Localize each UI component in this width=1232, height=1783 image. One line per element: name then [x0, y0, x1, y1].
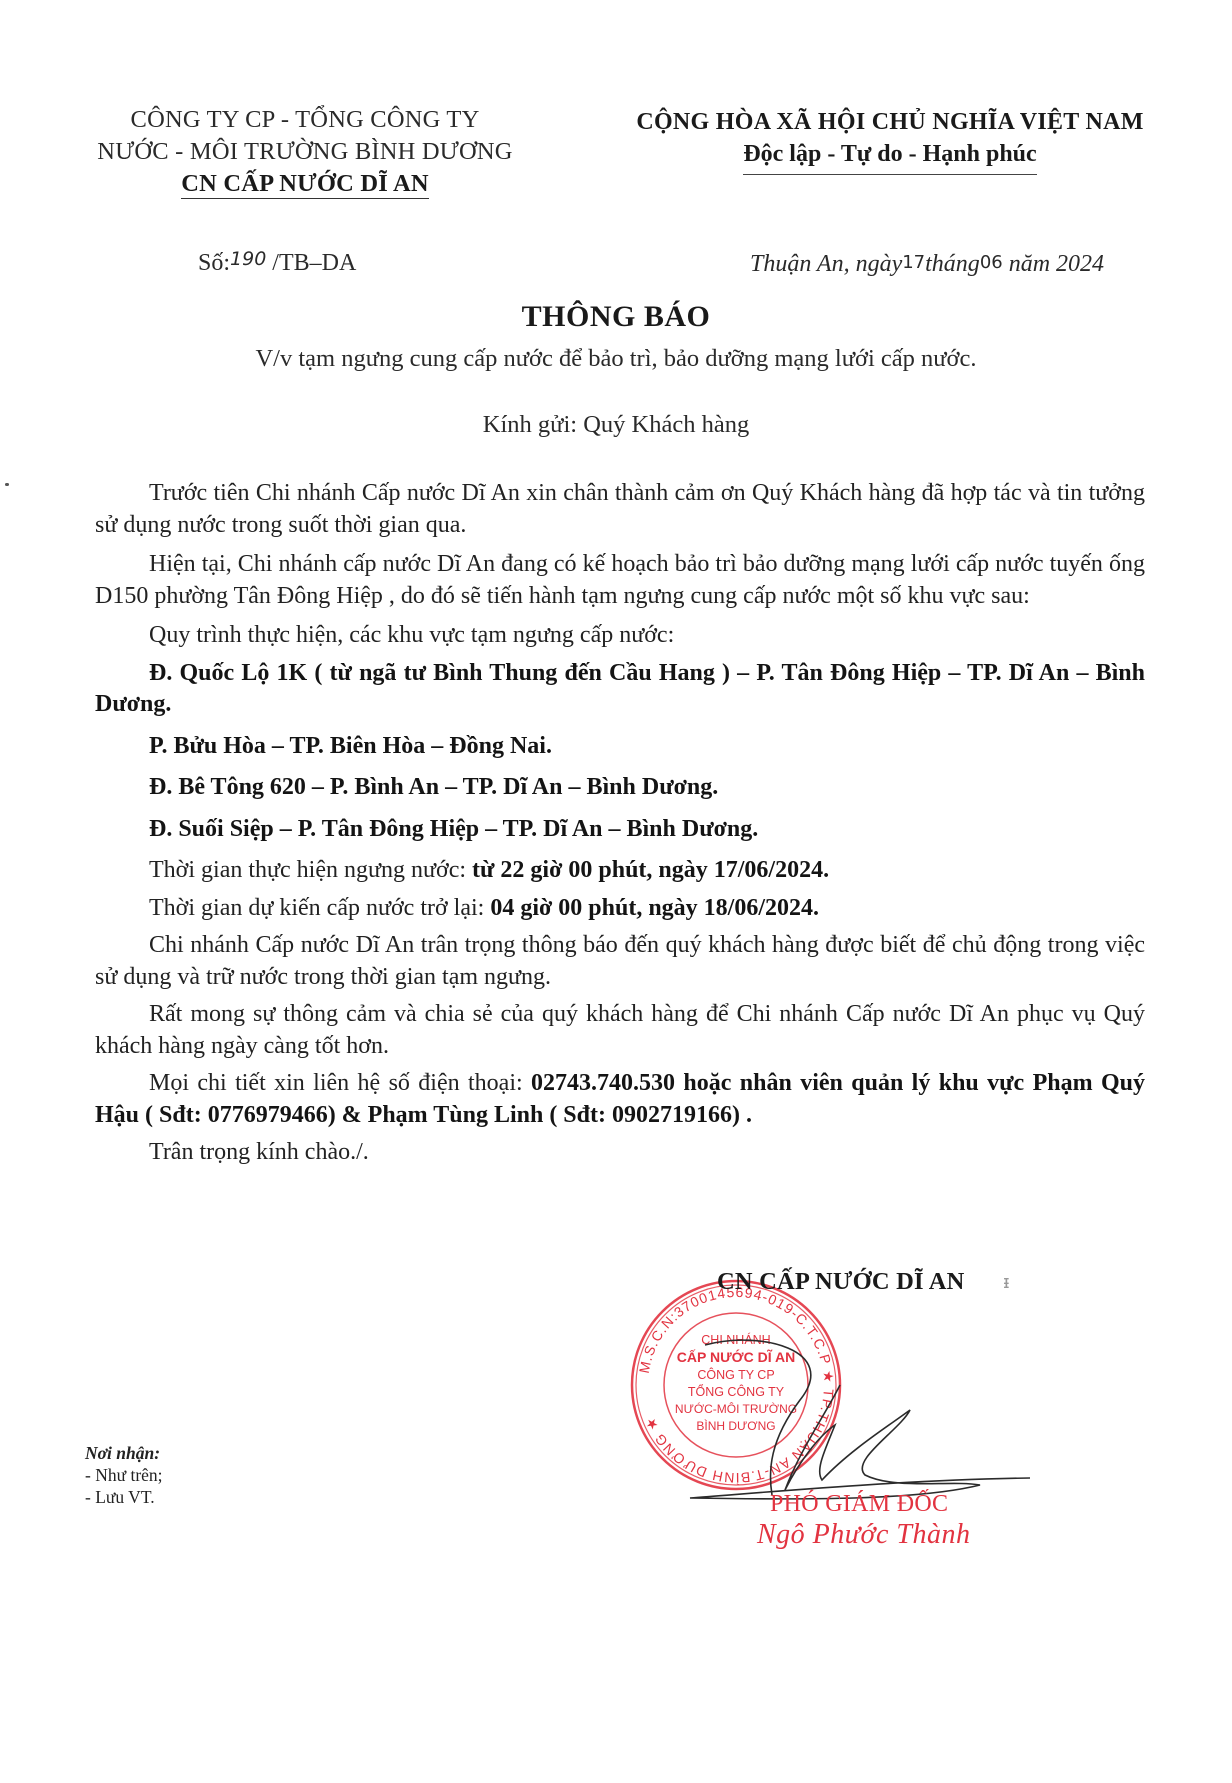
document-body: Trước tiên Chi nhánh Cấp nước Dĩ An xin … — [95, 478, 1145, 1177]
paragraph-apology: Rất mong sự thông cảm và chia sẻ của quý… — [95, 999, 1145, 1062]
area-item: P. Bửu Hòa – TP. Biên Hòa – Đồng Nai. — [95, 731, 1145, 763]
signer-name: Ngô Phước Thành — [757, 1519, 971, 1551]
place-date: Thuận An, ngày17tháng06 năm 2024 — [750, 251, 1104, 278]
area-item: Đ. Bê Tông 620 – P. Bình An – TP. Dĩ An … — [95, 772, 1145, 804]
resume-time-value: 04 giờ 00 phút, ngày 18/06/2024. — [490, 895, 819, 921]
national-motto: Độc lập - Tự do - Hạnh phúc — [743, 138, 1036, 175]
recipients-heading: Nơi nhận: — [85, 1442, 163, 1464]
document-subject: V/v tạm ngưng cung cấp nước để bảo trì, … — [0, 345, 1232, 373]
closing: Trân trọng kính chào./. — [95, 1137, 1145, 1169]
date-month-handwritten: 06 — [980, 252, 1003, 273]
recipient-item: - Như trên; — [85, 1464, 163, 1486]
stop-time-value: từ 22 giờ 00 phút, ngày 17/06/2024. — [472, 857, 829, 883]
place-date-prefix: Thuận An, ngày — [750, 251, 902, 277]
national-title: CỘNG HÒA XÃ HỘI CHỦ NGHĨA VIỆT NAM — [610, 106, 1170, 138]
scan-speck — [5, 483, 9, 486]
resume-time: Thời gian dự kiến cấp nước trở lại: 04 g… — [95, 893, 1145, 925]
national-header: CỘNG HÒA XÃ HỘI CHỦ NGHĨA VIỆT NAM Độc l… — [610, 106, 1170, 175]
issuer-header: CÔNG TY CP - TỔNG CÔNG TY NƯỚC - MÔI TRƯ… — [70, 104, 540, 200]
issuer-line-1: CÔNG TY CP - TỔNG CÔNG TY — [70, 104, 540, 136]
document-title: THÔNG BÁO — [0, 300, 1232, 334]
handwritten-signature-icon — [650, 1330, 1030, 1510]
contact-label: Mọi chi tiết xin liên hệ số điện thoại: — [149, 1070, 531, 1096]
document-number-suffix: /TB–DA — [266, 250, 356, 276]
contact-info: Mọi chi tiết xin liên hệ số điện thoại: … — [95, 1068, 1145, 1131]
areas-intro: Quy trình thực hiện, các khu vực tạm ngư… — [95, 620, 1145, 652]
recipient-item: - Lưu VT. — [85, 1486, 163, 1508]
document-number-prefix: Số: — [198, 250, 230, 276]
signer-role: PHÓ GIÁM ĐỐC — [770, 1491, 948, 1518]
area-item: Đ. Suối Siệp – P. Tân Đông Hiệp – TP. Dĩ… — [95, 814, 1145, 846]
paragraph-notice: Chi nhánh Cấp nước Dĩ An trân trọng thôn… — [95, 930, 1145, 993]
date-day-handwritten: 17 — [902, 252, 925, 273]
initial-mark-icon: ᵻ — [1003, 1272, 1010, 1293]
paragraph-plan: Hiện tại, Chi nhánh cấp nước Dĩ An đang … — [95, 549, 1145, 612]
document-number: Số:190 /TB–DA — [198, 250, 356, 277]
issuer-line-2: NƯỚC - MÔI TRƯỜNG BÌNH DƯƠNG — [70, 136, 540, 168]
stop-time-label: Thời gian thực hiện ngưng nước: — [149, 857, 472, 883]
month-label: tháng — [925, 251, 980, 277]
issuer-branch: CN CẤP NƯỚC DĨ AN — [181, 170, 429, 199]
date-year: năm 2024 — [1003, 251, 1104, 277]
greeting: Kính gửi: Quý Khách hàng — [0, 411, 1232, 439]
resume-time-label: Thời gian dự kiến cấp nước trở lại: — [149, 895, 490, 921]
signature-organization: CN CẤP NƯỚC DĨ AN — [717, 1268, 965, 1296]
area-item: Đ. Quốc Lộ 1K ( từ ngã tư Bình Thung đến… — [95, 658, 1145, 721]
paragraph-thanks: Trước tiên Chi nhánh Cấp nước Dĩ An xin … — [95, 478, 1145, 541]
stop-time: Thời gian thực hiện ngưng nước: từ 22 gi… — [95, 855, 1145, 887]
document-number-handwritten: 190 — [230, 248, 266, 270]
recipients: Nơi nhận: - Như trên; - Lưu VT. — [85, 1442, 163, 1508]
